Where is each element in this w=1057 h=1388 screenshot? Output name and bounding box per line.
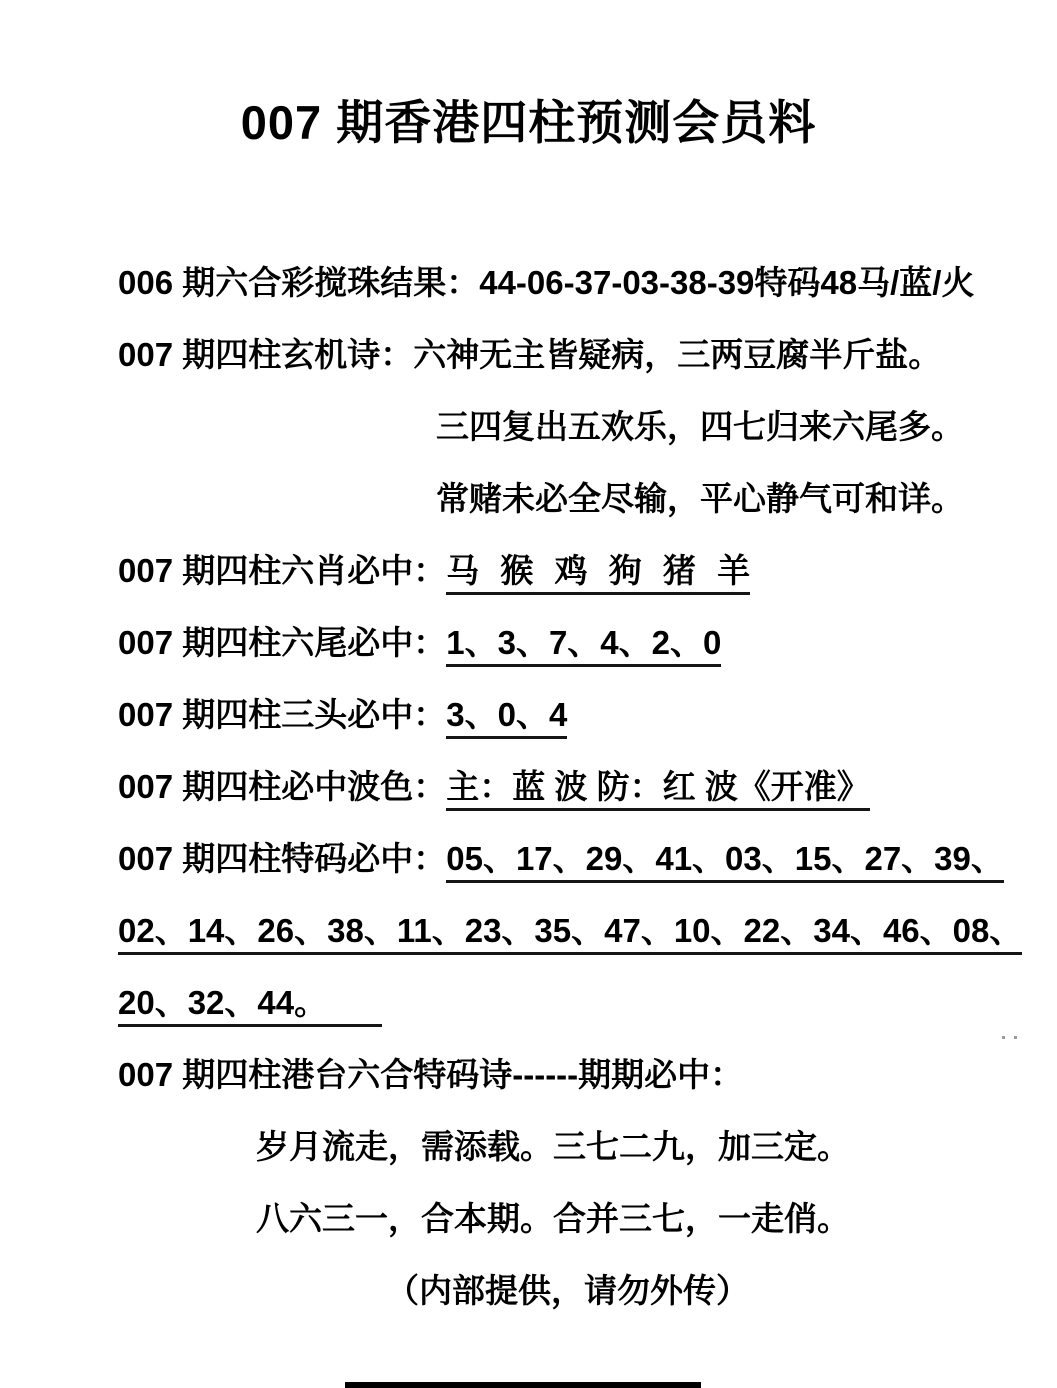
six-tails-line: 007 期四柱六尾必中：1、3、7、4、2、0 <box>118 607 1033 679</box>
special-numbers-value-3: 20、32、44。 <box>118 984 382 1027</box>
stray-mark <box>1002 1036 1022 1040</box>
mystic-poem-line-1: 007 期四柱玄机诗：六神无主皆疑病，三两豆腐半斤盐。 <box>118 319 1033 391</box>
special-numbers-value-2: 02、14、26、38、11、23、35、47、10、22、34、46、08、 <box>118 912 1022 955</box>
special-numbers-label: 007 期四柱特码必中： <box>118 840 446 877</box>
mystic-poem-line-2: 三四复出五欢乐，四七归来六尾多。 <box>118 391 1033 463</box>
footer-note: （内部提供，请勿外传） <box>118 1255 1033 1327</box>
six-zodiac-value: 马 猴 鸡 狗 猪 羊 <box>446 552 750 595</box>
special-poem-line-1: 岁月流走，需添载。三七二九，加三定。 <box>118 1111 1033 1183</box>
three-heads-line: 007 期四柱三头必中：3、0、4 <box>118 679 1033 751</box>
three-heads-value: 3、0、4 <box>446 696 567 739</box>
three-heads-label: 007 期四柱三头必中： <box>118 696 446 733</box>
six-zodiac-label: 007 期四柱六肖必中： <box>118 552 446 589</box>
special-poem-line-2: 八六三一，合本期。合并三七，一走俏。 <box>118 1183 1033 1255</box>
special-numbers-line-1: 007 期四柱特码必中：05、17、29、41、03、15、27、39、 <box>118 823 1033 895</box>
wave-color-line: 007 期四柱必中波色：主：蓝 波 防：红 波《开准》 <box>118 751 1033 823</box>
six-tails-value: 1、3、7、4、2、0 <box>446 624 721 667</box>
lottery-result-line: 006 期六合彩搅珠结果：44-06-37-03-38-39特码48马/蓝/火 <box>118 247 1033 319</box>
special-poem-heading: 007 期四柱港台六合特码诗------期期必中： <box>118 1039 1033 1111</box>
six-zodiac-line: 007 期四柱六肖必中：马 猴 鸡 狗 猪 羊 <box>118 535 1033 607</box>
special-numbers-line-3: 20、32、44。 <box>118 967 1033 1039</box>
special-numbers-line-2: 02、14、26、38、11、23、35、47、10、22、34、46、08、 <box>118 895 1033 967</box>
mystic-poem-line-3: 常赌未必全尽输，平心静气可和详。 <box>118 463 1033 535</box>
special-numbers-value-1: 05、17、29、41、03、15、27、39、 <box>446 840 1004 883</box>
six-tails-label: 007 期四柱六尾必中： <box>118 624 446 661</box>
mystic-poem-verse-1: 六神无主皆疑病，三两豆腐半斤盐。 <box>413 336 941 373</box>
wave-color-value: 主：蓝 波 防：红 波《开准》 <box>446 768 870 811</box>
mystic-poem-label: 007 期四柱玄机诗： <box>118 336 413 373</box>
wave-color-label: 007 期四柱必中波色： <box>118 768 446 805</box>
document-body: 006 期六合彩搅珠结果：44-06-37-03-38-39特码48马/蓝/火 … <box>0 247 1057 1327</box>
bottom-bar <box>345 1382 701 1388</box>
document-page: 007 期香港四柱预测会员料 006 期六合彩搅珠结果：44-06-37-03-… <box>0 0 1057 1388</box>
page-title: 007 期香港四柱预测会员料 <box>0 86 1057 153</box>
